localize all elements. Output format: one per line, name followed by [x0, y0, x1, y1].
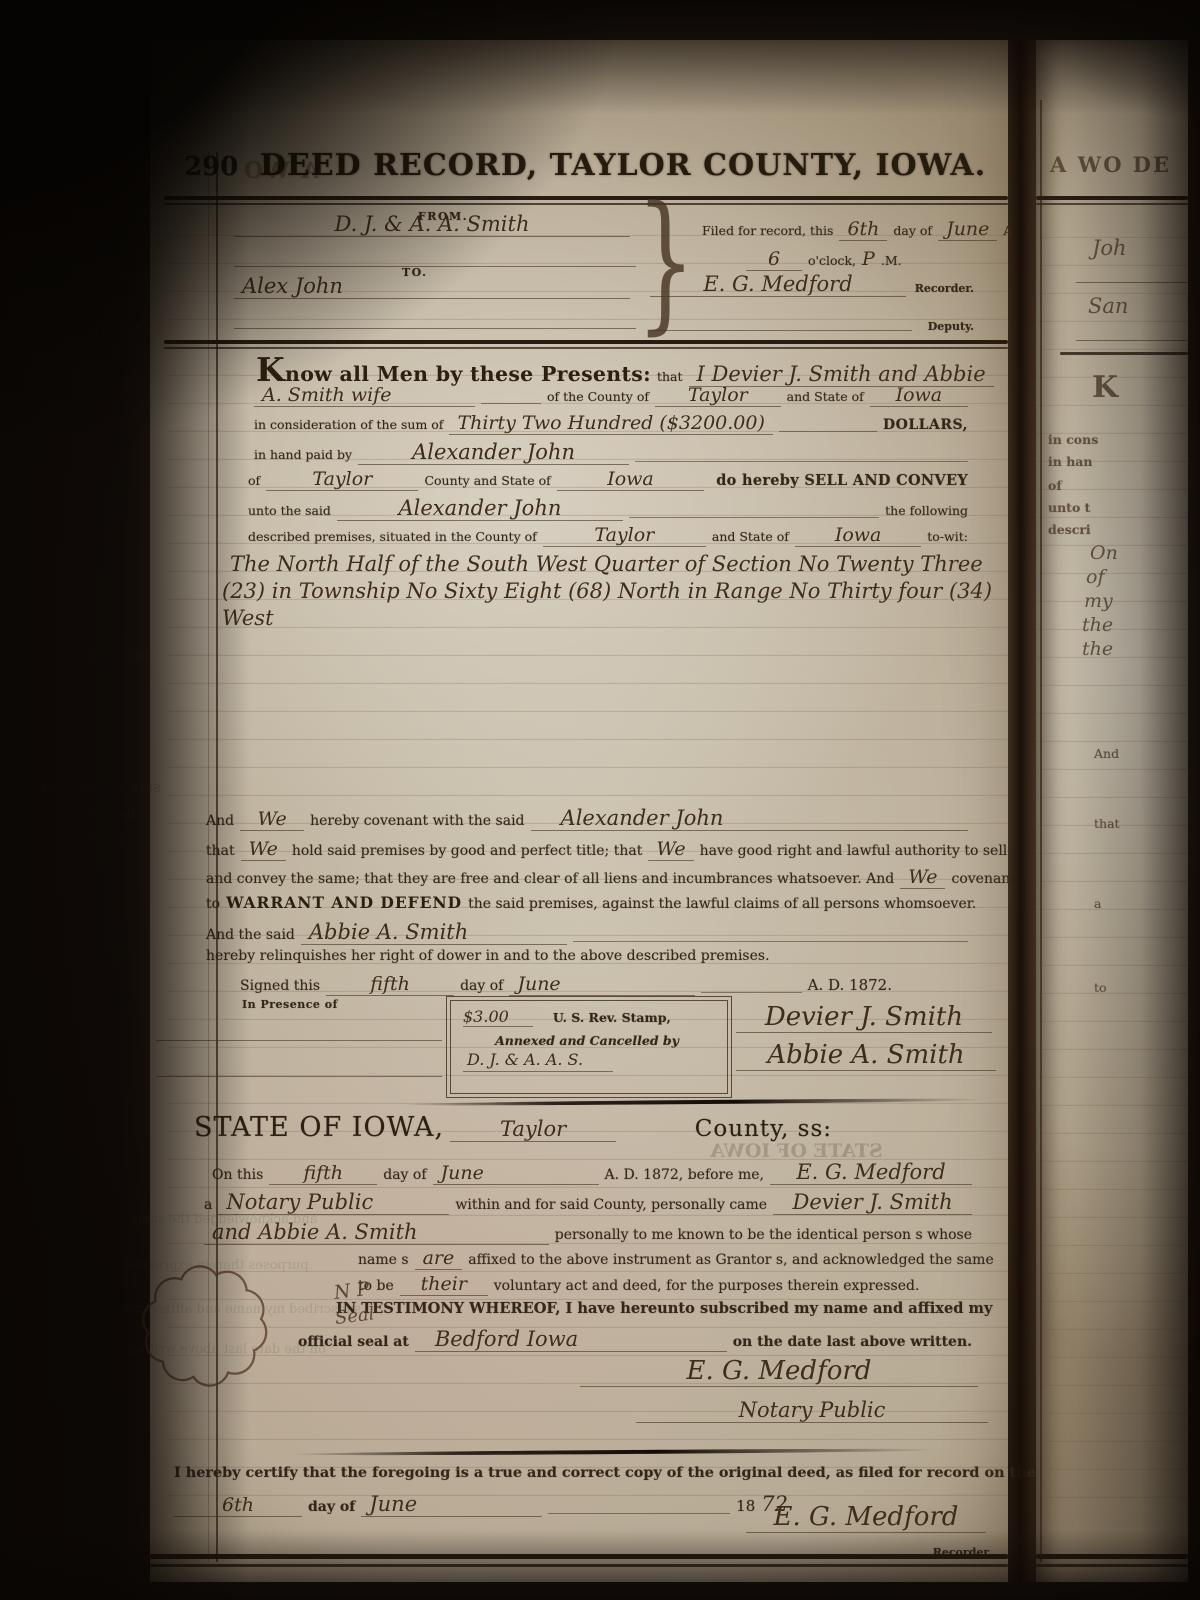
filing-day: 6th: [839, 218, 887, 241]
ack-line-3: and Abbie A. Smith personally to me know…: [204, 1220, 978, 1245]
deed-line-5: of Taylor County and State of Iowa do he…: [248, 468, 974, 491]
next-page-fragment: the: [1082, 614, 1113, 636]
deed-line-7: described premises, situated in the Coun…: [248, 524, 974, 547]
covenant-line-5: And the said Abbie A. Smith: [206, 920, 974, 945]
deed-line-6: unto the said Alexander John the followi…: [248, 496, 974, 521]
section-rule-2: [164, 347, 1008, 349]
next-page-fragment: San: [1088, 294, 1128, 318]
next-page-edge: A WO DE Joh San K in cons in han of unto…: [1036, 40, 1188, 1582]
deed-page: Recorder. Deputy. DOLLARS, SELL AND CONV…: [150, 40, 1008, 1582]
cert-month: June: [361, 1492, 542, 1517]
covenant-line-3: and convey the same; that they are free …: [206, 866, 978, 889]
next-page-fragment: of: [1086, 566, 1104, 588]
book-gutter: [1008, 40, 1036, 1582]
covenant-line-2: that We hold said premises by good and p…: [206, 838, 978, 861]
next-page-fragment: Joh: [1092, 236, 1127, 260]
next-page-fragment: in han: [1048, 454, 1092, 469]
ack-line-2: a Notary Public within and for said Coun…: [204, 1190, 978, 1215]
signed-row: Signed this fifth day of June A. D. 1872…: [240, 973, 898, 996]
grantee-name: Alex John: [234, 274, 630, 299]
filing-time-row: 6 o'clock, P .M.: [746, 248, 956, 271]
next-page-bottom-rule-2: [1036, 1564, 1188, 1567]
stamp-cancel-signature: D. J. & A. A. S.: [463, 1050, 613, 1072]
divider-flourish: [400, 1097, 1008, 1106]
seal-scallop-outline: [123, 1253, 288, 1402]
signed-month: June: [509, 973, 695, 996]
next-page-fragment: a: [1094, 896, 1101, 911]
next-page-margin-rule: [1040, 100, 1042, 1562]
grantor-names-row: D. J. & A. A. Smith: [234, 212, 636, 237]
witness-line-1: [156, 1038, 442, 1041]
cert-signature-row: E. G. Medford: [746, 1502, 992, 1533]
next-page-bottom-rule: [1036, 1554, 1188, 1559]
cert-date-row: 6th day of June 1872: [174, 1492, 794, 1517]
next-page-line: [1076, 280, 1188, 283]
revenue-stamp-box: $3.00 U. S. Rev. Stamp, Annexed and Canc…: [450, 1000, 728, 1094]
next-page-header-rule-2: [1036, 203, 1188, 205]
next-page-fragment: my: [1084, 590, 1113, 612]
section-rule-1: [164, 340, 1008, 344]
cert-flourish: [290, 1448, 962, 1457]
next-page-fragment: that: [1094, 816, 1120, 831]
notary-signature: E. G. Medford: [580, 1356, 978, 1387]
covenant-line-1: And We hereby covenant with the said Ale…: [206, 806, 974, 831]
next-page-fragment: unto t: [1048, 500, 1090, 515]
state-heading-row: STATE OF IOWA, Taylor County, ss:: [194, 1112, 838, 1143]
testimony-line-1: IN TESTIMONY WHEREOF, I have hereunto su…: [336, 1300, 984, 1317]
next-page-fragment: in cons: [1048, 432, 1098, 447]
deed-line-2: A. Smith wife of the County of Taylor an…: [254, 384, 974, 407]
page-title: DEED RECORD, TAYLOR COUNTY, IOWA.: [300, 148, 952, 183]
witness-line-2: [156, 1074, 442, 1077]
covenant-line-6: hereby relinquishes her right of dower i…: [206, 948, 978, 964]
state-heading: STATE OF IOWA,: [194, 1112, 444, 1143]
blank-line: [234, 264, 636, 267]
deed-line-4: in hand paid by Alexander John: [254, 440, 974, 465]
next-page-fragment: descri: [1048, 522, 1091, 537]
stamp-amount: $3.00: [463, 1007, 533, 1027]
recorder-label: Recorder.: [915, 282, 980, 295]
next-page-fragment: K: [1092, 370, 1118, 405]
notary-signature-row: E. G. Medford: [580, 1356, 984, 1387]
header-rule-2: [164, 203, 1008, 205]
consideration-amount: Thirty Two Hundred ($3200.00): [449, 412, 772, 435]
next-page-line: [1076, 338, 1188, 341]
next-page-fragment: On: [1090, 542, 1118, 564]
legal-description-2: (23) in Township No Sixty Eight (68) Nor…: [222, 579, 978, 603]
bottom-rule-2: [150, 1564, 1008, 1567]
bleed-text: Deputy.: [90, 322, 140, 336]
filing-meridiem: P: [862, 248, 875, 270]
next-page-fragment: to: [1094, 980, 1107, 995]
legal-description-3: West: [222, 606, 978, 630]
bleed-text: SELL AND CONVEY: [40, 782, 161, 795]
ack-notary-name: E. G. Medford: [770, 1160, 972, 1185]
ack-line-1: On this fifth day of June A. D. 1872, be…: [212, 1160, 978, 1185]
next-page-header-fragment: A WO DE: [1050, 152, 1171, 177]
grantor-names: D. J. & A. A. Smith: [234, 212, 630, 237]
county-ss: County, ss:: [695, 1116, 832, 1142]
ack-line-4: name s are affixed to the above instrume…: [358, 1247, 984, 1270]
filing-month: June: [938, 218, 997, 241]
deputy-label: Deputy.: [928, 320, 980, 333]
stamp-row-1: $3.00 U. S. Rev. Stamp,: [463, 1007, 717, 1027]
notary-title: Notary Public: [636, 1398, 988, 1423]
header-rule-1: [164, 196, 1008, 200]
grantor2-signature: Abbie A. Smith: [736, 1040, 996, 1071]
signed-day: fifth: [326, 973, 454, 996]
cert-line-1: I hereby certify that the foregoing is a…: [174, 1464, 992, 1481]
cert-recorder-signature: E. G. Medford: [746, 1502, 986, 1533]
covenant-line-4: to WARRANT AND DEFEND the said premises,…: [206, 893, 978, 912]
bleed-text: Recorder.: [88, 268, 153, 282]
grantor2-signature-row: Abbie A. Smith: [736, 1040, 1002, 1071]
filing-row: Filed for record, this 6th day of June A…: [702, 218, 978, 241]
page-number: 290: [184, 152, 244, 182]
stamp-row-2: Annexed and Cancelled by: [463, 1033, 717, 1048]
notary-title-row: Notary Public: [636, 1398, 994, 1423]
next-page-header-rule: [1036, 196, 1188, 200]
blank-line: [234, 326, 636, 329]
ack-line-5: to be their voluntary act and deed, for …: [358, 1273, 984, 1296]
recorder-signature-row: E. G. Medford: [650, 272, 912, 297]
filing-hour: 6: [746, 248, 802, 271]
notary-seal-icon: N P Seal: [123, 1253, 288, 1402]
grantor1-signature: Devier J. Smith: [736, 1002, 992, 1033]
warrant-and-defend: WARRANT AND DEFEND: [226, 893, 462, 912]
stamp-row-3: D. J. & A. A. S.: [463, 1050, 717, 1072]
ack-county: Taylor: [450, 1117, 616, 1142]
seal-place: Bedford Iowa: [415, 1327, 727, 1352]
bottom-rule-1: [150, 1554, 1008, 1559]
grantor1-signature-row: Devier J. Smith: [736, 1002, 998, 1033]
testimony-line-2: official seal at Bedford Iowa on the dat…: [298, 1327, 978, 1352]
legal-description-1: The North Half of the South West Quarter…: [230, 552, 978, 576]
bleed-text: the following: [55, 808, 136, 821]
grantee-name-row: Alex John: [234, 274, 636, 299]
next-page-fragment: of: [1048, 478, 1062, 493]
deputy-line: [650, 328, 912, 331]
bleed-text: to-wit:: [84, 832, 124, 845]
next-page-fragment: And: [1094, 746, 1119, 761]
deed-line-3: in consideration of the sum of Thirty Tw…: [254, 412, 974, 435]
presence-label: In Presence of: [242, 998, 344, 1011]
cert-day: 6th: [174, 1494, 302, 1517]
next-page-fragment: the: [1082, 638, 1113, 660]
next-page-section-rule: [1060, 352, 1188, 355]
bleed-text: DOLLARS,: [80, 650, 149, 664]
recorder-signature: E. G. Medford: [650, 272, 906, 297]
state-heading-mirror: STATE OF IOWA: [710, 1140, 889, 1162]
